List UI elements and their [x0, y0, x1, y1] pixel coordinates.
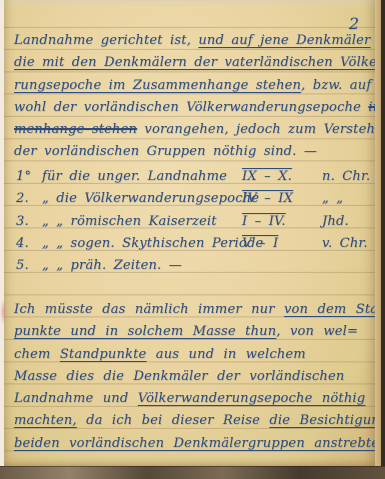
text-segment: punkte und in solchem Masse thun — [14, 324, 276, 339]
list-item-label: „ die Völkerwanderungsepoche — [42, 188, 242, 210]
text-segment: wohl der vorländischen Völkerwanderungse… — [14, 100, 368, 115]
handwritten-line: die mit den Denkmälern der vaterländisch… — [14, 52, 370, 74]
list-item-roman-range: IX – X. — [242, 166, 322, 188]
handwritten-line: machten, da ich bei dieser Reise die Bes… — [14, 410, 370, 432]
numbered-period-list: 1°für die unger. LandnahmeIX – X.n. Chr.… — [16, 166, 370, 277]
pink-edge-stain — [0, 298, 7, 326]
list-item-roman-range: V – I — [242, 233, 322, 255]
handwritten-line: Landnahme und Völkerwanderungsepoche nöt… — [14, 388, 370, 410]
photo-dark-border-right — [381, 0, 385, 479]
text-segment: Landnahme und — [14, 391, 138, 406]
paragraph-2: Ich müsste das nämlich immer nur von dem… — [14, 299, 370, 455]
list-item: 3.„ „ römischen KaiserzeitI – IV.Jhd. — [16, 211, 370, 233]
text-segment: die mit den Denkmälern der vaterländisch… — [14, 55, 385, 70]
text-segment: , von wel= — [276, 324, 358, 339]
list-item-roman-range: I – IV. — [242, 211, 322, 233]
handwritten-line: punkte und in solchem Masse thun, von we… — [14, 321, 370, 343]
text-segment: Völkerwanderungsepoche nöthig — [138, 391, 366, 406]
handwritten-line: Masse dies die Denkmäler der vorländisch… — [14, 366, 370, 388]
text-segment: , bzw. auf jene, welche — [301, 78, 385, 93]
list-item-number: 1° — [16, 166, 42, 188]
text-segment: Masse dies die Denkmäler der vorländisch… — [14, 369, 344, 384]
text-segment: machten, — [14, 413, 77, 428]
text-segment: aus und in welchem — [146, 347, 305, 362]
text-segment: beiden vorländischen Denkmälergruppen an… — [14, 436, 385, 451]
text-segment: menhange stehen — [14, 122, 137, 137]
list-item-label: „ „ römischen Kaiserzeit — [42, 211, 242, 233]
photo-background-bottom — [0, 466, 385, 479]
handwritten-line: menhange stehen vorangehen, jedoch zum V… — [14, 119, 370, 141]
text-segment: Landnahme gerichtet ist, — [14, 33, 198, 48]
text-segment: der vorländischen Gruppen nöthig sind. — — [14, 144, 317, 159]
paragraph-1: Landnahme gerichtet ist, und auf jene De… — [14, 30, 370, 164]
list-item: 2.„ die VölkerwanderungsepocheIV – IX„ „ — [16, 188, 370, 210]
list-item: 4.„ „ sogen. Skythischen PeriodeV – Iv. … — [16, 233, 370, 255]
handwritten-line: der vorländischen Gruppen nöthig sind. — — [14, 141, 370, 163]
handwritten-line: chem Standpunkte aus und in welchem — [14, 344, 370, 366]
scanned-notebook-photo: 2 Landnahme gerichtet ist, und auf jene … — [0, 0, 385, 479]
list-item-number: 4. — [16, 233, 42, 255]
list-item-era: Jhd. — [322, 211, 370, 233]
list-item-era — [322, 255, 370, 277]
notebook-page: 2 Landnahme gerichtet ist, und auf jene … — [4, 0, 375, 466]
handwritten-line: rungsepoche im Zusammenhange stehen, bzw… — [14, 75, 370, 97]
handwritten-line: Ich müsste das nämlich immer nur von dem… — [14, 299, 370, 321]
list-item-roman-range: IV – IX — [242, 188, 322, 210]
text-segment: und auf jene Denkmäler — [198, 33, 370, 48]
list-item-era: n. Chr. — [322, 166, 370, 188]
list-item-number: 5. — [16, 255, 42, 277]
list-item-label: „ „ präh. Zeiten. — — [42, 255, 242, 277]
text-segment: vorangehen, jedoch zum Verstehen — [137, 122, 385, 137]
handwritten-line: Landnahme gerichtet ist, und auf jene De… — [14, 30, 370, 52]
handwritten-line: beiden vorländischen Denkmälergruppen an… — [14, 433, 370, 455]
handwritten-line: wohl der vorländischen Völkerwanderungse… — [14, 97, 370, 119]
list-item-era: „ „ — [322, 188, 370, 210]
list-item: 5.„ „ präh. Zeiten. — — [16, 255, 370, 277]
text-segment: Standpunkte — [60, 347, 147, 362]
list-item-label: für die unger. Landnahme — [42, 166, 242, 188]
list-item-number: 2. — [16, 188, 42, 210]
list-item-era: v. Chr. — [322, 233, 370, 255]
text-segment: Ich müsste das nämlich immer nur — [14, 302, 284, 317]
list-item-number: 3. — [16, 211, 42, 233]
text-segment: die Besichtigung dieser — [269, 413, 385, 428]
text-segment: da ich bei dieser Reise — [77, 413, 270, 428]
text-segment: chem — [14, 347, 60, 362]
list-item-label: „ „ sogen. Skythischen Periode — [42, 233, 242, 255]
text-segment: von dem Stand= — [284, 302, 385, 317]
list-item-roman-range — [242, 255, 322, 277]
text-segment: rungsepoche im Zusammenhange stehen — [14, 78, 301, 93]
list-item: 1°für die unger. LandnahmeIX – X.n. Chr. — [16, 166, 370, 188]
